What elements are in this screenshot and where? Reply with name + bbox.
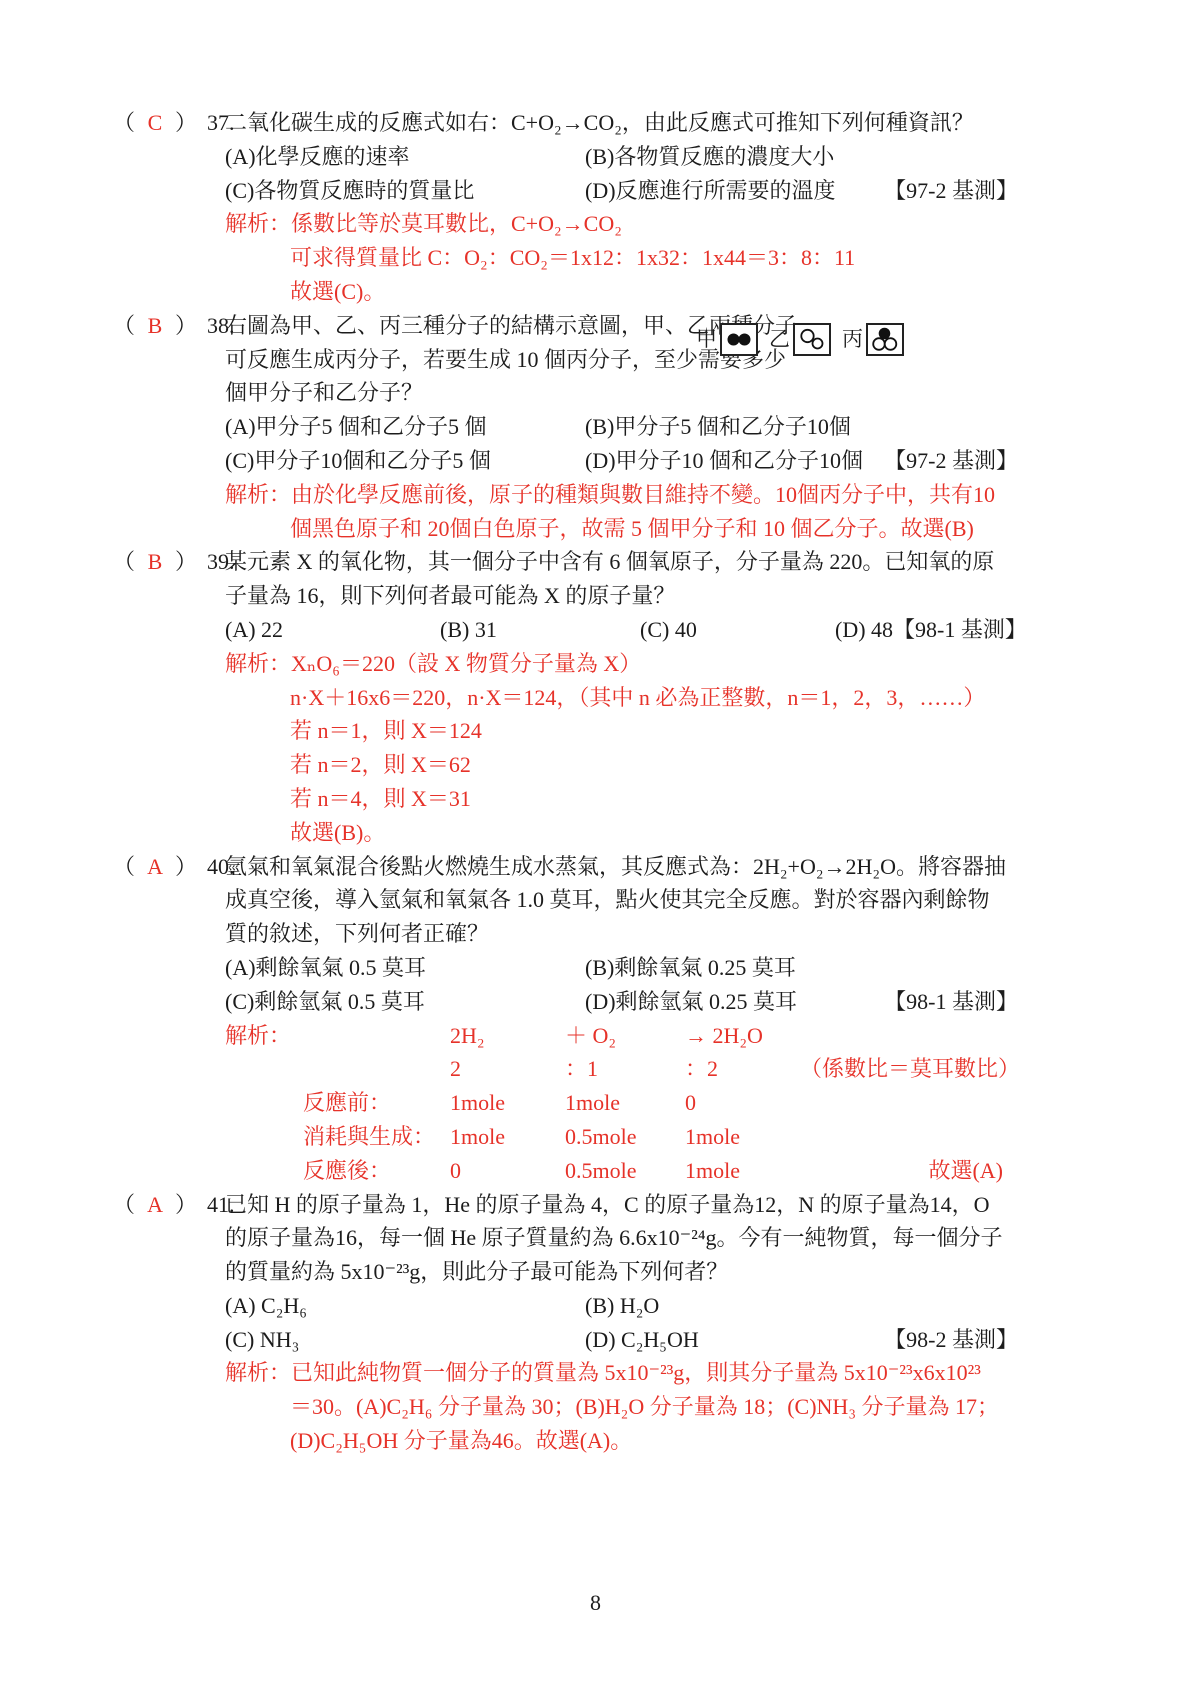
option-c: (C) 40 — [640, 613, 835, 647]
option-d: (D)反應進行所需要的溫度 — [585, 174, 836, 208]
question-number: 39. — [207, 549, 235, 574]
question-number: 37. — [207, 110, 235, 135]
option-d: (D)剩餘氫氣 0.25 莫耳 — [585, 985, 797, 1019]
molecule-label: 甲 — [696, 323, 717, 357]
molecule-bing: 丙 — [842, 323, 904, 357]
table-row: 2 ：1 ：2 （係數比＝莫耳數比） — [225, 1052, 1018, 1086]
explanation-line: 故選(C)。 — [290, 275, 1018, 309]
paren-open: （ — [113, 854, 135, 879]
answer-marker: （B）38. — [113, 309, 235, 343]
question-40: （A）40. 氫氣和氧氣混合後點火燃燒生成水蒸氣，其反應式為：2H₂+O₂→2H… — [113, 850, 1018, 1188]
page-number: 8 — [0, 1586, 1191, 1620]
explanation-line: (D)C₂H₅OH 分子量為46。故選(A)。 — [290, 1424, 1018, 1458]
paren-close: ） — [175, 1192, 197, 1217]
question-text-line: 氫氣和氧氣混合後點火燃燒生成水蒸氣，其反應式為：2H₂+O₂→2H₂O。將容器抽 — [225, 850, 1018, 884]
option-b: (B)甲分子5 個和乙分子10個 — [585, 410, 851, 444]
question-text-line: 個甲分子和乙分子？ — [225, 376, 1018, 410]
option-a: (A)剩餘氧氣 0.5 莫耳 — [225, 951, 585, 985]
question-37: （C）37. 二氧化碳生成的反應式如右：C+O₂→CO₂，由此反應式可推知下列何… — [113, 106, 1018, 309]
explanation-line: 可求得質量比 C：O₂：CO₂＝1x12：1x32：1x44＝3：8：11 — [290, 241, 1018, 275]
option-a: (A) 22 — [225, 613, 440, 647]
explanation-line: 若 n＝2，則 X＝62 — [290, 748, 1018, 782]
question-text-line: 成真空後，導入氫氣和氧氣各 1.0 莫耳，點火使其完全反應。對於容器內剩餘物 — [225, 883, 1018, 917]
question-number: 38. — [207, 313, 235, 338]
molecule-bing-icon — [866, 323, 904, 356]
row-label: 解析： — [225, 1019, 450, 1053]
exam-source-tag: 【97-2 基測】 — [884, 174, 1018, 208]
question-number: 40. — [207, 854, 235, 879]
question-text-line: 已知 H 的原子量為 1，He 的原子量為 4，C 的原子量為12，N 的原子量… — [225, 1188, 1018, 1222]
exam-source-tag: 【98-2 基測】 — [884, 1323, 1018, 1357]
option-d: (D) C₂H₅OH — [585, 1323, 699, 1357]
explanation-line: 解析：XₙO₆＝220（設 X 物質分子量為 X） — [225, 647, 1018, 681]
row-label: 消耗與生成： — [225, 1120, 450, 1154]
option-a: (A)化學反應的速率 — [225, 140, 585, 174]
table-row: 消耗與生成： 1mole 0.5mole 1mole — [225, 1120, 1018, 1154]
molecule-jia-icon — [720, 323, 758, 356]
answer-letter: C — [147, 106, 163, 140]
paren-open: （ — [113, 1192, 135, 1217]
reaction-table: 解析： 2H₂ ＋ O₂ → 2H₂O 2 ：1 ：2 （係數比＝莫耳數比） 反… — [225, 1019, 1018, 1188]
row-label: 反應後： — [225, 1154, 450, 1188]
option-b: (B)剩餘氧氣 0.25 莫耳 — [585, 951, 796, 985]
question-text-line: 二氧化碳生成的反應式如右：C+O₂→CO₂，由此反應式可推知下列何種資訊？ — [225, 106, 1018, 140]
explanation-line: 若 n＝1，則 X＝124 — [290, 714, 1018, 748]
question-number: 41. — [207, 1192, 235, 1217]
answer-marker: （A）40. — [113, 850, 235, 884]
paren-open: （ — [113, 549, 135, 574]
chosen-answer: 故選(A) — [928, 1154, 1003, 1188]
question-text-line: 某元素 X 的氧化物，其一個分子中含有 6 個氧原子，分子量為 220。已知氧的… — [225, 545, 1018, 579]
paren-close: ） — [175, 549, 197, 574]
answer-marker: （A）41. — [113, 1188, 235, 1222]
option-c: (C) NH₃ — [225, 1323, 585, 1357]
table-row: 解析： 2H₂ ＋ O₂ → 2H₂O — [225, 1019, 1018, 1053]
option-b: (B) H₂O — [585, 1289, 659, 1323]
answer-letter: B — [147, 545, 163, 579]
explanation-line: ＝30。(A)C₂H₆ 分子量為 30；(B)H₂O 分子量為 18；(C)NH… — [290, 1390, 1018, 1424]
molecule-yi-icon — [793, 323, 831, 356]
molecule-yi: 乙 — [769, 323, 831, 357]
row-label — [225, 1052, 450, 1086]
paren-open: （ — [113, 313, 135, 338]
exam-source-tag: 【97-2 基測】 — [884, 444, 1018, 478]
exam-source-tag: 【98-1 基測】 — [884, 985, 1018, 1019]
page-content: （C）37. 二氧化碳生成的反應式如右：C+O₂→CO₂，由此反應式可推知下列何… — [113, 106, 1018, 1458]
answer-marker: （B）39. — [113, 545, 235, 579]
molecule-label: 丙 — [842, 323, 863, 357]
explanation-line: n·X＋16x6＝220，n·X＝124，（其中 n 必為正整數，n＝1，2，3… — [290, 681, 1018, 715]
option-c: (C)剩餘氫氣 0.5 莫耳 — [225, 985, 585, 1019]
question-text-line: 子量為 16，則下列何者最可能為 X 的原子量？ — [225, 579, 1018, 613]
explanation-line: 解析：係數比等於莫耳數比，C+O₂→CO₂ — [225, 207, 1018, 241]
answer-letter: A — [147, 850, 163, 884]
table-row: 反應後： 0 0.5mole 1mole 故選(A) — [225, 1154, 1018, 1188]
molecule-jia: 甲 — [696, 323, 758, 357]
paren-close: ） — [175, 313, 197, 338]
answer-marker: （C）37. — [113, 106, 235, 140]
option-d: (D) 48 — [835, 613, 893, 647]
question-39: （B）39. 某元素 X 的氧化物，其一個分子中含有 6 個氧原子，分子量為 2… — [113, 545, 1018, 849]
explanation-line: 解析：由於化學反應前後，原子的種類與數目維持不變。10個丙分子中，共有10 — [225, 478, 1018, 512]
answer-letter: B — [147, 309, 163, 343]
question-38: （B）38. 甲 乙 — [113, 309, 1018, 546]
paren-open: （ — [113, 110, 135, 135]
molecule-label: 乙 — [769, 323, 790, 357]
molecule-diagram: 甲 乙 丙 — [696, 323, 904, 357]
option-a: (A)甲分子5 個和乙分子5 個 — [225, 410, 585, 444]
question-text-line: 質的敘述，下列何者正確？ — [225, 917, 1018, 951]
paren-close: ） — [175, 110, 197, 135]
explanation-line: 解析：已知此純物質一個分子的質量為 5x10⁻²³g，則其分子量為 5x10⁻²… — [225, 1356, 1018, 1390]
row-label: 反應前： — [225, 1086, 450, 1120]
option-a: (A) C₂H₆ — [225, 1289, 585, 1323]
option-b: (B)各物質反應的濃度大小 — [585, 140, 834, 174]
option-b: (B) 31 — [440, 613, 640, 647]
question-text-line: 的質量約為 5x10⁻²³g，則此分子最可能為下列何者？ — [225, 1255, 1018, 1289]
question-text-line: 的原子量為16，每一個 He 原子質量約為 6.6x10⁻²⁴g。今有一純物質，… — [225, 1221, 1018, 1255]
answer-letter: A — [147, 1188, 163, 1222]
explanation-line: 個黑色原子和 20個白色原子，故需 5 個甲分子和 10 個乙分子。故選(B) — [290, 512, 1018, 546]
exam-source-tag: 【98-1 基測】 — [893, 613, 1027, 647]
question-41: （A）41. 已知 H 的原子量為 1，He 的原子量為 4，C 的原子量為12… — [113, 1188, 1018, 1458]
exam-page: （C）37. 二氧化碳生成的反應式如右：C+O₂→CO₂，由此反應式可推知下列何… — [0, 0, 1191, 1684]
explanation-line: 若 n＝4，則 X＝31 — [290, 782, 1018, 816]
option-d: (D)甲分子10 個和乙分子10個 — [585, 444, 863, 478]
paren-close: ） — [175, 854, 197, 879]
explanation-line: 故選(B)。 — [290, 816, 1018, 850]
option-c: (C)甲分子10個和乙分子5 個 — [225, 444, 585, 478]
option-c: (C)各物質反應時的質量比 — [225, 174, 585, 208]
table-row: 反應前： 1mole 1mole 0 — [225, 1086, 1018, 1120]
